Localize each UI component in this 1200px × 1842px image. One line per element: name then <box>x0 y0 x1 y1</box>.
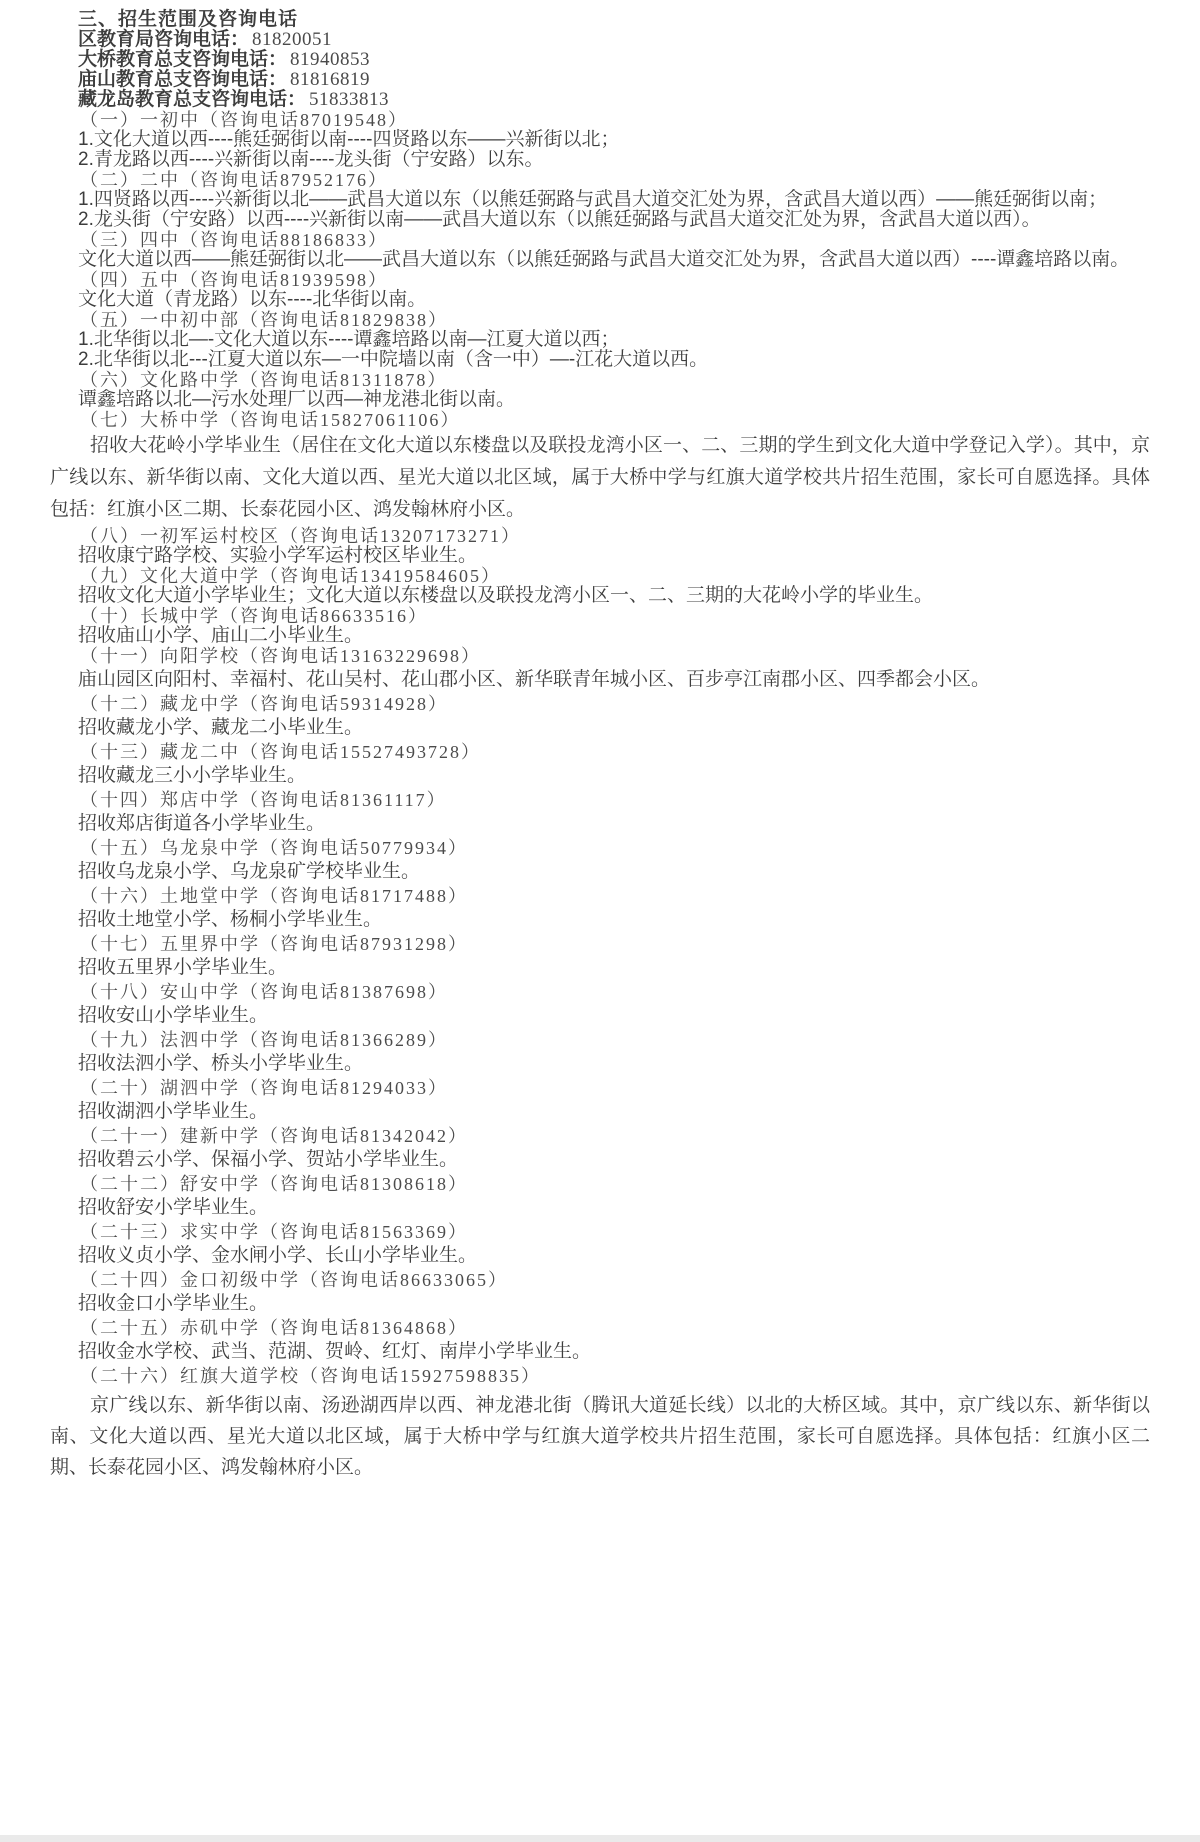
hotline-row: 藏龙岛教育总支咨询电话：51833813 <box>50 90 1150 110</box>
school-rule-line: 招收康宁路学校、实验小学军运村校区毕业生。 <box>50 546 1150 566</box>
school-rule-line: 招收庙山小学、庙山二小毕业生。 <box>50 626 1150 646</box>
school-heading: （三）四中（咨询电话88186833） <box>50 230 1150 250</box>
hotline-number: 81820051 <box>249 29 332 50</box>
hotline-row: 区教育局咨询电话：81820051 <box>50 30 1150 50</box>
school-rule-line: 招收藏龙小学、藏龙二小毕业生。 <box>50 718 1150 738</box>
school-rule-line: 庙山园区向阳村、幸福村、花山吴村、花山郡小区、新华联青年城小区、百步亭江南郡小区… <box>50 670 1150 690</box>
school-heading: （八）一初军运村校区（咨询电话13207173271） <box>50 526 1150 546</box>
school-heading: （一）一初中（咨询电话87019548） <box>50 110 1150 130</box>
school-rule-line: 招收湖泗小学毕业生。 <box>50 1102 1150 1122</box>
school-heading: （十九）法泗中学（咨询电话81366289） <box>50 1030 1150 1050</box>
school-rule-line: 招收五里界小学毕业生。 <box>50 958 1150 978</box>
hotline-row: 大桥教育总支咨询电话：81940853 <box>50 50 1150 70</box>
school-heading: （二十三）求实中学（咨询电话81563369） <box>50 1222 1150 1242</box>
school-heading: （十）长城中学（咨询电话86633516） <box>50 606 1150 626</box>
school-rule-line: 招收乌龙泉小学、乌龙泉矿学校毕业生。 <box>50 862 1150 882</box>
school-rule-line: 招收文化大道小学毕业生；文化大道以东楼盘以及联投龙湾小区一、二、三期的大花岭小学… <box>50 586 1150 606</box>
school-heading: （十一）向阳学校（咨询电话13163229698） <box>50 646 1150 666</box>
school-rule-line: 招收金口小学毕业生。 <box>50 1294 1150 1314</box>
school-heading: （五）一中初中部（咨询电话81829838） <box>50 310 1150 330</box>
hotline-label: 区教育局咨询电话： <box>78 29 249 50</box>
school-rule-line: 招收郑店街道各小学毕业生。 <box>50 814 1150 834</box>
school-heading: （六）文化路中学（咨询电话81311878） <box>50 370 1150 390</box>
school-heading: （十二）藏龙中学（咨询电话59314928） <box>50 694 1150 714</box>
school-rule-line: 招收义贞小学、金水闸小学、长山小学毕业生。 <box>50 1246 1150 1266</box>
hotline-number: 81816819 <box>287 69 370 90</box>
school-rule-line: 招收土地堂小学、杨桐小学毕业生。 <box>50 910 1150 930</box>
school-heading: （二十）湖泗中学（咨询电话81294033） <box>50 1078 1150 1098</box>
school-heading: （十八）安山中学（咨询电话81387698） <box>50 982 1150 1002</box>
school-rule-line: 2.青龙路以西----兴新街以南----龙头街（宁安路）以东。 <box>50 150 1150 170</box>
hotline-label: 大桥教育总支咨询电话： <box>78 49 287 70</box>
school-heading: （二十一）建新中学（咨询电话81342042） <box>50 1126 1150 1146</box>
document: 三、招生范围及咨询电话 区教育局咨询电话：81820051 大桥教育总支咨询电话… <box>0 0 1200 1483</box>
school-heading: （七）大桥中学（咨询电话15827061106） <box>50 410 1150 430</box>
school-heading: （十七）五里界中学（咨询电话87931298） <box>50 934 1150 954</box>
school-heading: （二十二）舒安中学（咨询电话81308618） <box>50 1174 1150 1194</box>
school-rule-line: 2.北华街以北---江夏大道以东—一中院墙以南（含一中）—-江花大道以西。 <box>50 350 1150 370</box>
school-rule-line: 招收舒安小学毕业生。 <box>50 1198 1150 1218</box>
school-rule-line: 招收安山小学毕业生。 <box>50 1006 1150 1026</box>
school-rule-line: 2.龙头街（宁安路）以西----兴新街以南——武昌大道以东（以熊廷弼路与武昌大道… <box>50 210 1150 230</box>
doc-title: 三、招生范围及咨询电话 <box>50 10 1150 30</box>
school-heading: （二十四）金口初级中学（咨询电话86633065） <box>50 1270 1150 1290</box>
school-rule-line: 文化大道（青龙路）以东----北华街以南。 <box>50 290 1150 310</box>
school-heading: （十三）藏龙二中（咨询电话15527493728） <box>50 742 1150 762</box>
school-heading: （九）文化大道中学（咨询电话13419584605） <box>50 566 1150 586</box>
school-heading: （十六）土地堂中学（咨询电话81717488） <box>50 886 1150 906</box>
hotline-number: 81940853 <box>287 49 370 70</box>
hotline-list: 区教育局咨询电话：81820051 大桥教育总支咨询电话：81940853 庙山… <box>50 30 1150 110</box>
school-heading: （二）二中（咨询电话87952176） <box>50 170 1150 190</box>
school-heading: （四）五中（咨询电话81939598） <box>50 270 1150 290</box>
school-rule-line: 1.北华街以北—-文化大道以东----谭鑫培路以南—江夏大道以西； <box>50 330 1150 350</box>
school-paragraph: 招收大花岭小学毕业生（居住在文化大道以东楼盘以及联投龙湾小区一、二、三期的学生到… <box>50 430 1150 526</box>
school-rule-line: 招收法泗小学、桥头小学毕业生。 <box>50 1054 1150 1074</box>
school-rule-line: 招收藏龙三小小学毕业生。 <box>50 766 1150 786</box>
school-paragraph: 京广线以东、新华街以南、汤逊湖西岸以西、神龙港北街（腾讯大道延长线）以北的大桥区… <box>50 1390 1150 1483</box>
hotline-number: 51833813 <box>306 89 389 110</box>
hotline-label: 庙山教育总支咨询电话： <box>78 69 287 90</box>
school-heading: （二十五）赤矶中学（咨询电话81364868） <box>50 1318 1150 1338</box>
school-heading: （十五）乌龙泉中学（咨询电话50779934） <box>50 838 1150 858</box>
school-rule-line: 招收碧云小学、保福小学、贺站小学毕业生。 <box>50 1150 1150 1170</box>
school-rule-line: 谭鑫培路以北—污水处理厂以西—神龙港北街以南。 <box>50 390 1150 410</box>
school-rule-line: 文化大道以西——熊廷弼街以北——武昌大道以东（以熊廷弼路与武昌大道交汇处为界，含… <box>50 250 1150 270</box>
school-rule-line: 1.文化大道以西----熊廷弼街以南----四贤路以东——兴新街以北； <box>50 130 1150 150</box>
school-rule-line: 1.四贤路以西----兴新街以北——武昌大道以东（以熊廷弼路与武昌大道交汇处为界… <box>50 190 1150 210</box>
school-rule-line: 招收金水学校、武当、范湖、贺岭、红灯、南岸小学毕业生。 <box>50 1342 1150 1362</box>
hotline-label: 藏龙岛教育总支咨询电话： <box>78 89 306 110</box>
school-heading: （十四）郑店中学（咨询电话81361117） <box>50 790 1150 810</box>
page-bottom-strip <box>0 1835 1200 1842</box>
hotline-row: 庙山教育总支咨询电话：81816819 <box>50 70 1150 90</box>
school-list: （一）一初中（咨询电话87019548）1.文化大道以西----熊廷弼街以南--… <box>50 110 1150 1483</box>
school-heading: （二十六）红旗大道学校（咨询电话15927598835） <box>50 1366 1150 1386</box>
